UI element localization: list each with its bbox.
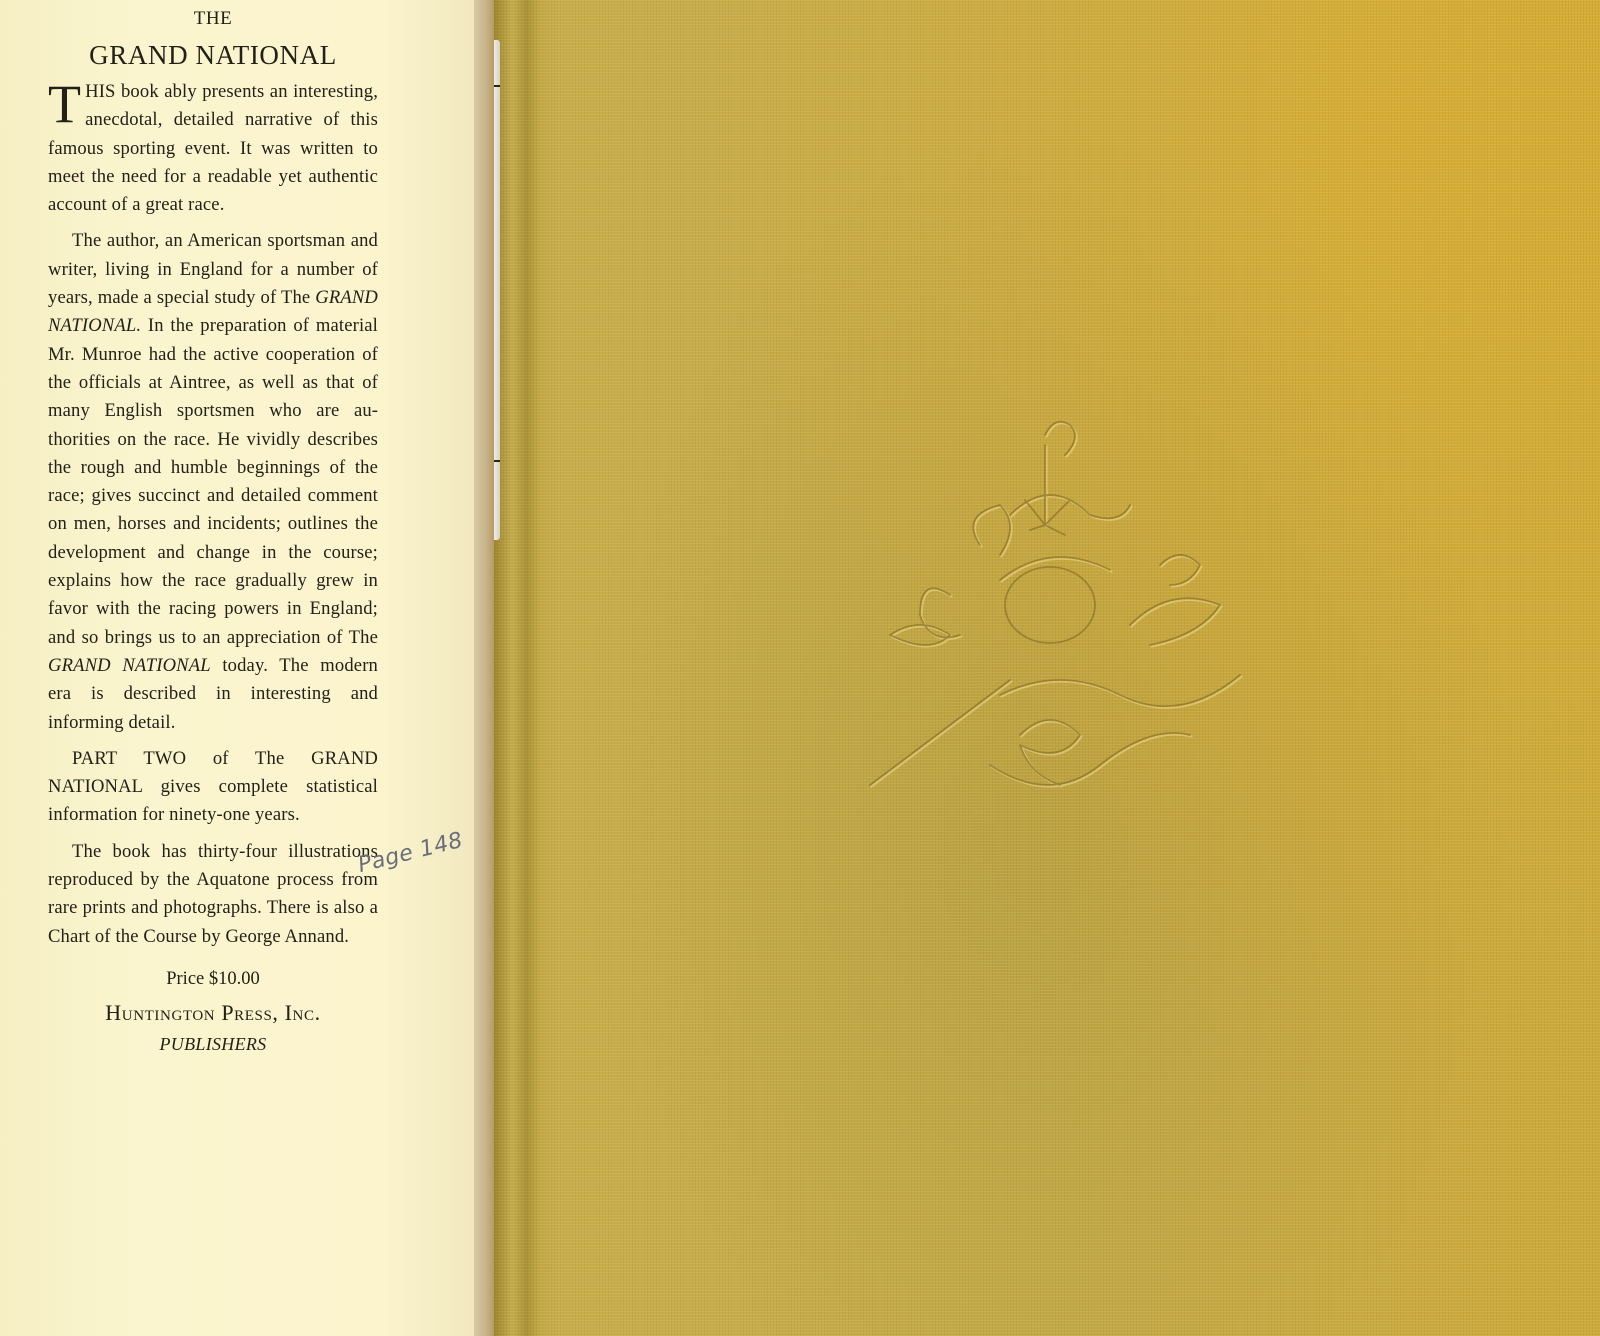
drop-cap: T <box>48 82 81 124</box>
price: Price $10.00 <box>48 969 378 990</box>
paragraph-intro-text: HIS book ably presents an in­teresting, … <box>48 81 378 215</box>
paragraph-illustrations: The book has thirty-four illustra­tions … <box>48 838 378 951</box>
publisher-name: Huntington Press, Inc. <box>48 1000 378 1026</box>
flap-fold-edge <box>474 0 494 1336</box>
paragraph-part-two: PART TWO of The GRAND NATIONAL gives com… <box>48 745 378 830</box>
paragraph-author-text-b: In the preparation of material Mr. Munro… <box>48 315 378 647</box>
italic-title-ref: GRAND NATIONAL <box>48 655 211 676</box>
title-the: THE <box>48 8 378 30</box>
paragraph-intro: THIS book ably presents an in­teresting,… <box>48 78 378 219</box>
cover-hinge <box>494 0 540 1336</box>
dust-jacket-flap: THE GRAND NATIONAL THIS book ably presen… <box>0 0 474 1336</box>
book-title: GRAND NATIONAL <box>48 40 378 70</box>
flap-text-block: THE GRAND NATIONAL THIS book ably presen… <box>48 0 378 1055</box>
paragraph-author: The author, an American sports­man and w… <box>48 227 378 736</box>
embossed-crest-icon <box>830 405 1270 815</box>
publisher-label: PUBLISHERS <box>48 1034 378 1055</box>
